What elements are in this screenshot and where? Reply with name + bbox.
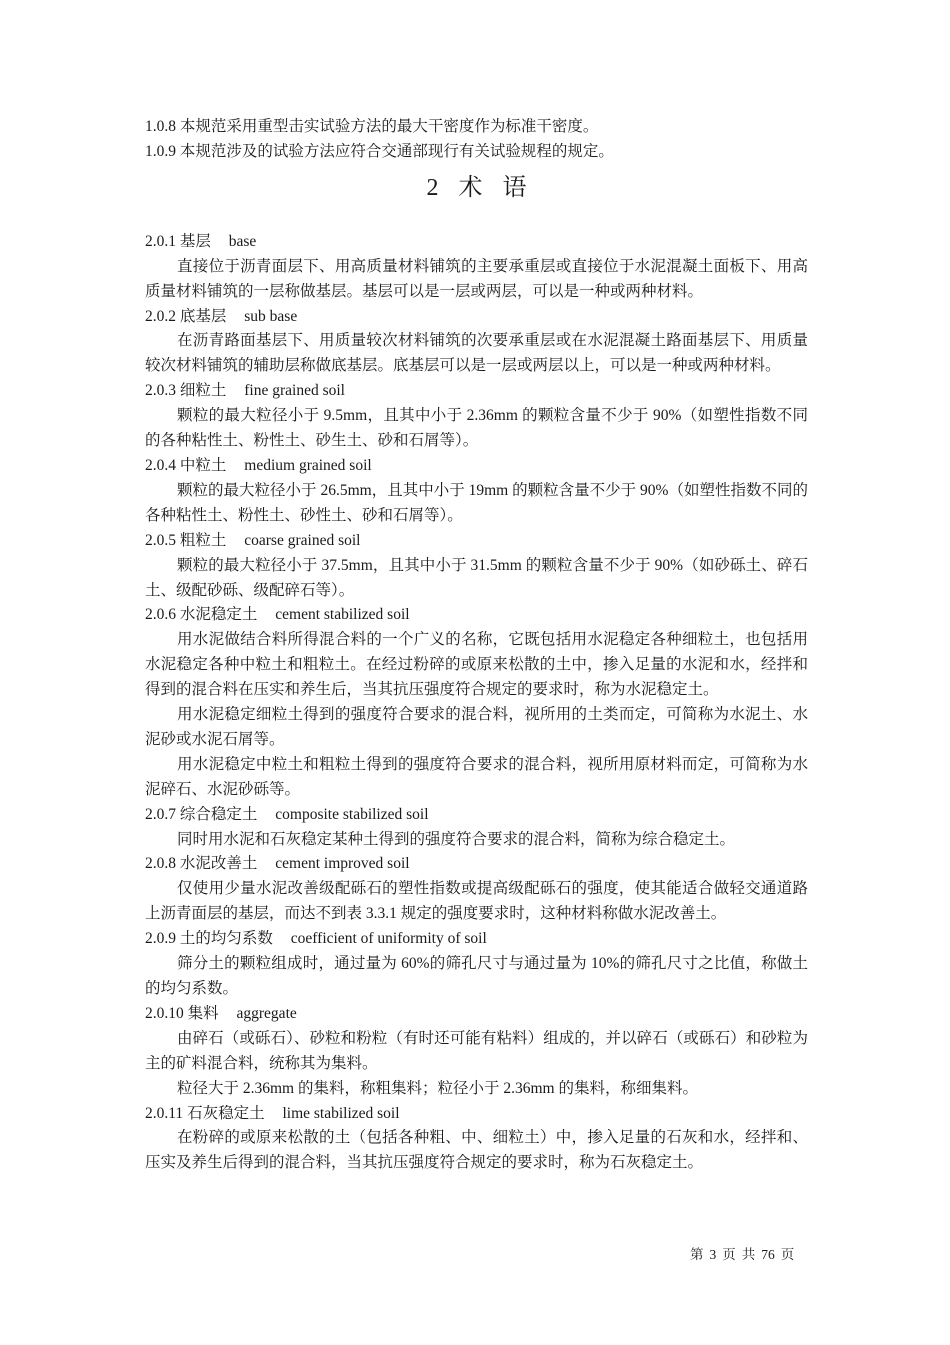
term-zh: 集料 — [188, 1005, 219, 1022]
term-heading-cement-improved-soil: 2.0.8 水泥改善土 cement improved soil — [145, 852, 808, 877]
term-number: 2.0.1 — [145, 233, 176, 250]
term-definition: 在沥青路面基层下、用质量较次材料铺筑的次要承重层或在水泥混凝土路面基层下、用质量… — [145, 329, 808, 379]
term-number: 2.0.4 — [145, 457, 176, 474]
term-zh: 石灰稳定土 — [187, 1105, 265, 1122]
term-number: 2.0.8 — [145, 855, 176, 872]
term-zh: 水泥稳定土 — [180, 606, 258, 623]
term-number: 2.0.10 — [145, 1005, 184, 1022]
clause-1-0-8: 1.0.8 本规范采用重型击实试验方法的最大干密度作为标准干密度。 — [145, 115, 808, 140]
footer-suffix: 页 — [781, 1247, 795, 1262]
term-en: base — [229, 233, 257, 250]
term-zh: 细粒土 — [180, 382, 227, 399]
total-page-count: 76 — [761, 1247, 775, 1262]
term-number: 2.0.7 — [145, 806, 176, 823]
term-zh: 底基层 — [180, 308, 227, 325]
term-definition: 同时用水泥和石灰稳定某种土得到的强度符合要求的混合料，简称为综合稳定土。 — [145, 828, 808, 853]
term-zh: 粗粒土 — [180, 532, 227, 549]
term-en: cement stabilized soil — [275, 606, 409, 623]
term-en: composite stabilized soil — [275, 806, 428, 823]
chapter-number: 2 — [427, 175, 439, 201]
term-en: aggregate — [237, 1005, 297, 1022]
term-definition: 在粉碎的或原来松散的土（包括各种粗、中、细粒土）中，掺入足量的石灰和水，经拌和、… — [145, 1126, 808, 1176]
page-content: 1.0.8 本规范采用重型击实试验方法的最大干密度作为标准干密度。 1.0.9 … — [145, 115, 808, 1176]
term-definition: 筛分土的颗粒组成时，通过量为 60%的筛孔尺寸与通过量为 10%的筛孔尺寸之比值… — [145, 952, 808, 1002]
term-en: sub base — [244, 308, 297, 325]
term-heading-medium-grained-soil: 2.0.4 中粒土 medium grained soil — [145, 454, 808, 479]
term-definition: 粒径大于 2.36mm 的集料，称粗集料；粒径小于 2.36mm 的集料，称细集… — [145, 1077, 808, 1102]
term-heading-coefficient-of-uniformity: 2.0.9 土的均匀系数 coefficient of uniformity o… — [145, 927, 808, 952]
term-definition: 用水泥做结合料所得混合料的一个广义的名称，它既包括用水泥稳定各种细粒土，也包括用… — [145, 628, 808, 703]
term-en: cement improved soil — [275, 855, 409, 872]
document-page: 1.0.8 本规范采用重型击实试验方法的最大干密度作为标准干密度。 1.0.9 … — [0, 0, 950, 1345]
term-definition: 颗粒的最大粒径小于 9.5mm，且其中小于 2.36mm 的颗粒含量不少于 90… — [145, 404, 808, 454]
term-heading-cement-stabilized-soil: 2.0.6 水泥稳定土 cement stabilized soil — [145, 603, 808, 628]
term-definition: 用水泥稳定中粒土和粗粒土得到的强度符合要求的混合料，视所用原材料而定，可简称为水… — [145, 753, 808, 803]
term-en: coefficient of uniformity of soil — [291, 930, 487, 947]
term-heading-fine-grained-soil: 2.0.3 细粒土 fine grained soil — [145, 379, 808, 404]
term-number: 2.0.2 — [145, 308, 176, 325]
term-heading-aggregate: 2.0.10 集料 aggregate — [145, 1002, 808, 1027]
term-zh: 土的均匀系数 — [180, 930, 273, 947]
footer-prefix: 第 — [690, 1247, 704, 1262]
term-heading-coarse-grained-soil: 2.0.5 粗粒土 coarse grained soil — [145, 529, 808, 554]
term-zh: 综合稳定土 — [180, 806, 258, 823]
term-definition: 颗粒的最大粒径小于 26.5mm，且其中小于 19mm 的颗粒含量不少于 90%… — [145, 479, 808, 529]
term-definition: 由碎石（或砾石）、砂粒和粉粒（有时还可能有粘料）组成的，并以碎石（或砾石）和砂粒… — [145, 1027, 808, 1077]
term-en: medium grained soil — [244, 457, 371, 474]
term-heading-lime-stabilized-soil: 2.0.11 石灰稳定土 lime stabilized soil — [145, 1102, 808, 1127]
term-heading-base: 2.0.1 基层 base — [145, 230, 808, 255]
term-number: 2.0.3 — [145, 382, 176, 399]
term-en: fine grained soil — [244, 382, 345, 399]
page-footer: 第3页共76页 — [690, 1243, 800, 1263]
term-zh: 水泥改善土 — [180, 855, 258, 872]
term-en: coarse grained soil — [244, 532, 360, 549]
footer-total-label: 共 — [742, 1247, 756, 1262]
clause-1-0-9: 1.0.9 本规范涉及的试验方法应符合交通部现行有关试验规程的规定。 — [145, 140, 808, 165]
term-zh: 基层 — [180, 233, 211, 250]
term-number: 2.0.6 — [145, 606, 176, 623]
term-heading-composite-stabilized-soil: 2.0.7 综合稳定土 composite stabilized soil — [145, 803, 808, 828]
term-number: 2.0.9 — [145, 930, 176, 947]
current-page-number: 3 — [710, 1247, 717, 1262]
term-definition: 颗粒的最大粒径小于 37.5mm，且其中小于 31.5mm 的颗粒含量不少于 9… — [145, 554, 808, 604]
chapter-title-char-2: 语 — [503, 175, 527, 201]
footer-mid: 页 — [722, 1247, 736, 1262]
term-heading-sub-base: 2.0.2 底基层 sub base — [145, 305, 808, 330]
term-number: 2.0.11 — [145, 1105, 183, 1122]
term-definition: 仅使用少量水泥改善级配砾石的塑性指数或提高级配砾石的强度，使其能适合做轻交通道路… — [145, 877, 808, 927]
chapter-heading: 2术语 — [145, 168, 808, 208]
chapter-title-char-1: 术 — [459, 175, 483, 201]
term-number: 2.0.5 — [145, 532, 176, 549]
term-zh: 中粒土 — [180, 457, 227, 474]
term-definition: 直接位于沥青面层下、用高质量材料铺筑的主要承重层或直接位于水泥混凝土面板下、用高… — [145, 255, 808, 305]
term-definition: 用水泥稳定细粒土得到的强度符合要求的混合料，视所用的土类而定，可简称为水泥土、水… — [145, 703, 808, 753]
term-en: lime stabilized soil — [282, 1105, 399, 1122]
